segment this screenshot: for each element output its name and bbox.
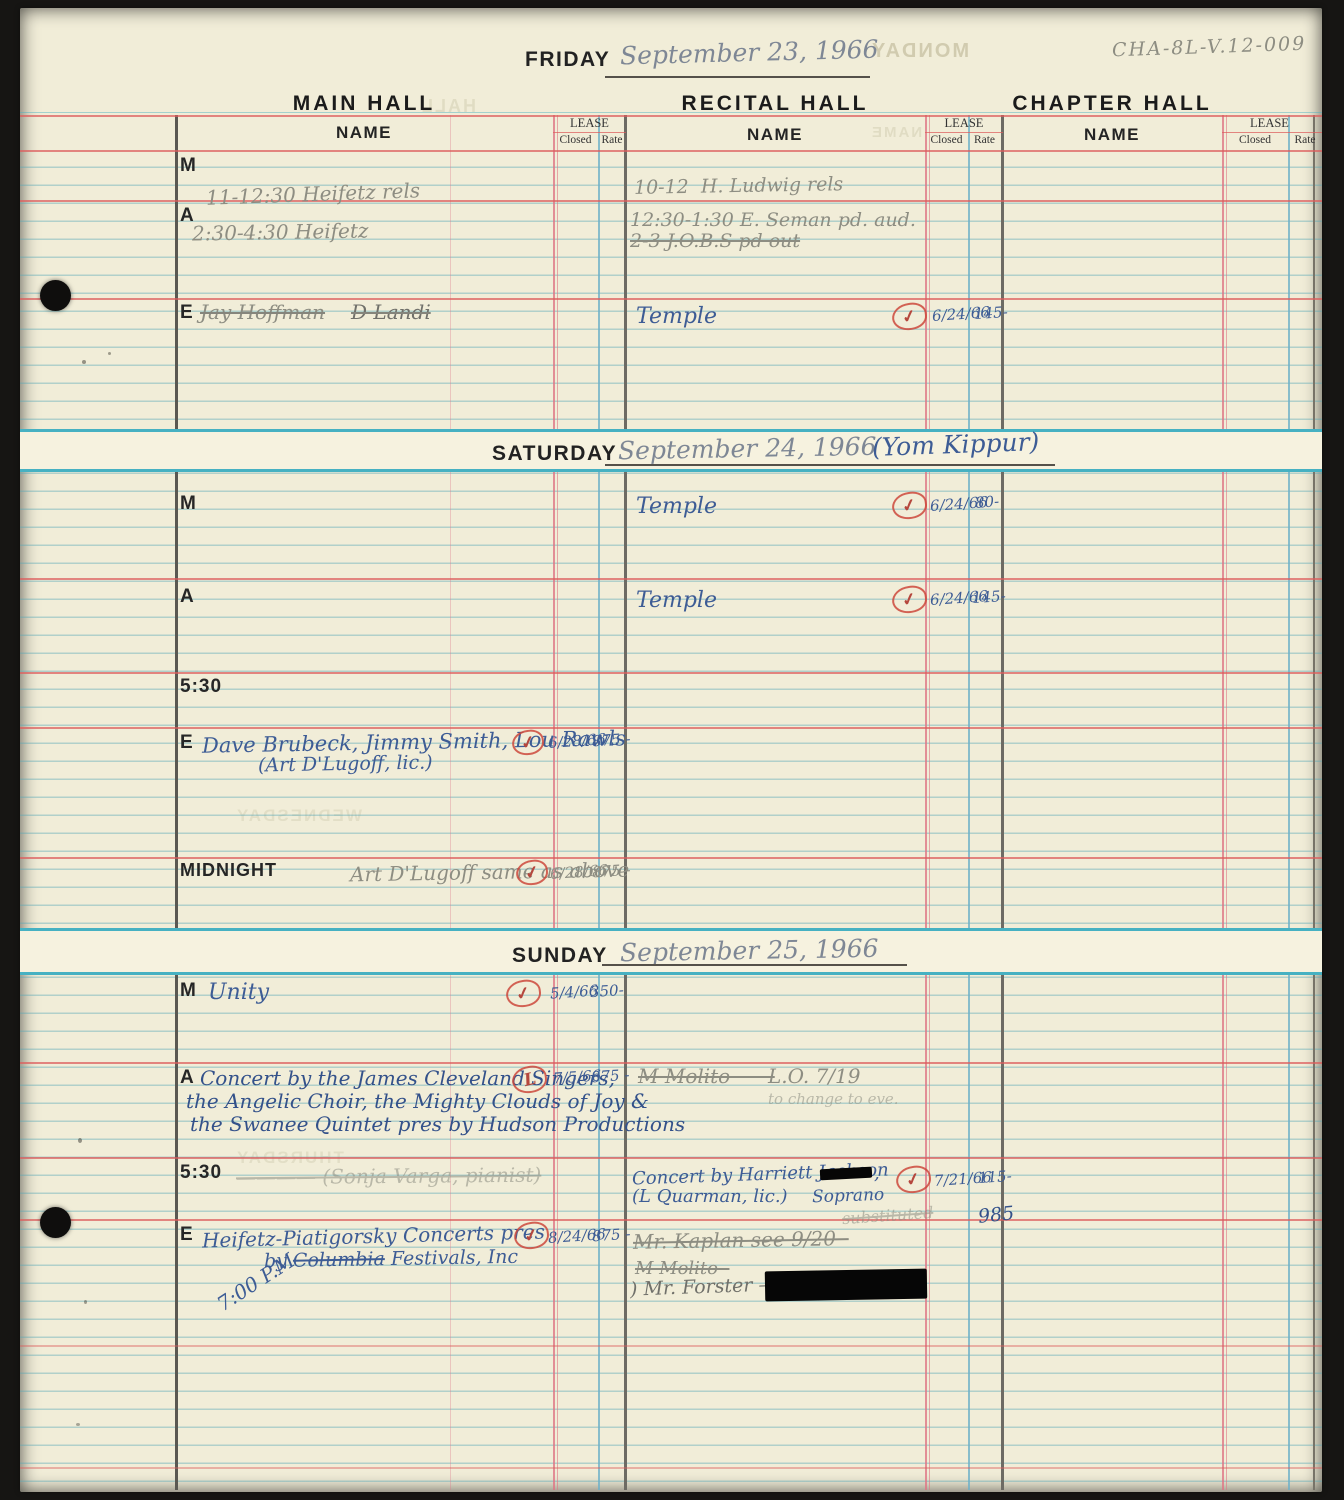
entry-friday-main-afternoon: 2:30-4:30 Heifetz — [192, 218, 369, 245]
entry-saturday-recital-afternoon: Temple — [636, 588, 717, 613]
date-sunday: September 25, 1966 — [620, 934, 879, 968]
row-line — [20, 1157, 1322, 1159]
entry-sunday-main-evening-2: by Columbia Festivals, Inc — [264, 1246, 518, 1272]
row-line — [20, 672, 1322, 674]
day-label-friday: FRIDAY — [525, 48, 610, 72]
date-friday: September 23, 1966 — [620, 35, 879, 71]
closed-header: Closed — [553, 134, 598, 146]
lease-rate: 80- — [974, 492, 999, 512]
row-line — [925, 132, 1003, 133]
row-line — [20, 1345, 1322, 1347]
lease-rate: 145- — [971, 587, 1006, 607]
time-label-e: E — [180, 732, 194, 754]
date-underline — [605, 76, 870, 78]
entry-friday-main-evening-struck: Jay HoffmanD Landi — [200, 300, 431, 324]
entry-friday-recital-afternoon: 12:30-1:30 E. Seman pd. aud. — [630, 209, 916, 231]
column-line — [557, 115, 558, 1490]
row-line — [20, 857, 1322, 859]
speck — [108, 352, 111, 355]
hole-punch — [40, 1207, 71, 1238]
time-label-m: M — [180, 155, 197, 177]
entry-sunday-recital-evening-struck-1: Mr. Kaplan see 9/20 — [633, 1226, 849, 1254]
entry-sunday-recital-530-comma: , — [874, 1163, 880, 1184]
text-part: Festivals, Inc — [385, 1246, 519, 1270]
reference-number: CHA-8L-V.12-009 — [1112, 33, 1307, 62]
redacted-text — [765, 1269, 927, 1302]
lease-rate: 115- — [977, 1167, 1012, 1187]
lease-rate: 145- — [973, 303, 1008, 323]
lease-rate: 875 - — [591, 730, 631, 751]
column-line — [553, 115, 555, 1490]
entry-sunday-recital-afternoon-note: to change to eve. — [768, 1090, 899, 1108]
row-line — [20, 1467, 1322, 1469]
struck-name: D Landi — [351, 300, 431, 324]
lease-rate: 875 - — [591, 1225, 631, 1246]
struck-name: Jay Hoffman — [200, 300, 325, 324]
column-line — [1313, 115, 1315, 1490]
time-label-a: A — [180, 1067, 195, 1089]
ledger-page: MONDAY NAME HALL WEDNESDAY THURSDAY CHA-… — [20, 8, 1322, 1492]
column-line — [598, 115, 600, 1490]
time-label-e: E — [180, 302, 194, 324]
row-line — [1222, 132, 1322, 133]
date-underline — [602, 964, 907, 966]
column-line — [1226, 115, 1227, 1490]
row-line — [20, 578, 1322, 580]
hall-title-recital: RECITAL HALL — [665, 92, 885, 116]
day-label-sunday: SUNDAY — [512, 944, 608, 968]
column-line — [929, 115, 930, 1490]
entry-friday-recital-morning: 10-12 H. Ludwig rels — [634, 173, 844, 199]
speck — [82, 360, 86, 364]
time-label-e: E — [180, 1224, 194, 1246]
entry-friday-recital-evening: Temple — [636, 304, 717, 329]
bleed-through-text: NAME — [870, 124, 922, 141]
speck — [84, 1300, 87, 1304]
lease-rate: 875 - — [590, 1066, 630, 1087]
date-saturday: September 24, 1966 — [618, 432, 877, 466]
name-header-main: NAME — [264, 123, 464, 143]
rate-header: Rate — [968, 134, 1001, 146]
speck — [76, 1423, 80, 1426]
time-label-m: M — [180, 980, 197, 1002]
rate-header: Rate — [1288, 134, 1322, 146]
entry-sunday-recital-530-lic: (L Quarman, lic.) — [632, 1186, 788, 1207]
speck — [78, 1138, 82, 1143]
row-line — [553, 132, 626, 133]
time-label-530: 5:30 — [180, 1162, 222, 1184]
entry-sunday-recital-afternoon-struck: M Molito — [638, 1064, 775, 1088]
column-line — [175, 115, 178, 1490]
date-saturday-note: (Yom Kippur) — [872, 427, 1040, 462]
lease-rate: 875 - — [591, 861, 631, 882]
lease-rate-revised: 985 — [977, 1202, 1015, 1228]
bleed-through-text: MONDAY — [870, 40, 969, 63]
entry-sunday-recital-530-soprano: Soprano — [812, 1185, 885, 1208]
date-underline — [605, 464, 1055, 466]
lease-header: LEASE — [925, 116, 1003, 131]
time-label-m: M — [180, 493, 197, 515]
entry-friday-recital-afternoon-struck: 2-3 J.O.B.S pd out — [630, 230, 800, 252]
column-line — [450, 115, 451, 1490]
entry-saturday-recital-morning: Temple — [636, 494, 717, 519]
hole-punch — [40, 280, 71, 311]
row-line — [20, 1219, 1322, 1221]
entry-sunday-main-morning: Unity — [208, 980, 269, 1005]
name-header-chapter: NAME — [1012, 125, 1212, 145]
column-line — [1288, 115, 1290, 1490]
column-line — [1222, 115, 1224, 1490]
struck-word: Columbia — [293, 1248, 385, 1272]
lease-header: LEASE — [553, 116, 626, 131]
row-line — [20, 727, 1322, 729]
row-line — [20, 150, 1322, 152]
entry-sunday-main-530-struck: ———— (Sonja Varga, pianist) — [236, 1163, 542, 1190]
closed-header: Closed — [925, 134, 968, 146]
closed-header: Closed — [1222, 134, 1288, 146]
entry-sunday-main-afternoon-2: the Angelic Choir, the Mighty Clouds of … — [186, 1089, 649, 1113]
hall-title-chapter: CHAPTER HALL — [1002, 92, 1222, 116]
rate-header: Rate — [598, 134, 626, 146]
column-line — [624, 115, 627, 1490]
time-label-midnight: MIDNIGHT — [180, 860, 277, 881]
lease-rate: 350- — [589, 981, 624, 1001]
day-label-saturday: SATURDAY — [492, 442, 617, 466]
hall-title-main: MAIN HALL — [264, 92, 464, 116]
entry-sunday-recital-afternoon-lo: L.O. 7/19 — [768, 1064, 861, 1088]
time-label-530: 5:30 — [180, 676, 222, 698]
entry-sunday-main-afternoon-3: the Swanee Quintet pres by Hudson Produc… — [190, 1112, 685, 1136]
time-label-a: A — [180, 586, 195, 608]
entry-saturday-main-evening-lic: (Art D'Lugoff, lic.) — [258, 751, 433, 776]
name-header-recital: NAME — [675, 125, 875, 145]
lease-header: LEASE — [1222, 116, 1317, 131]
